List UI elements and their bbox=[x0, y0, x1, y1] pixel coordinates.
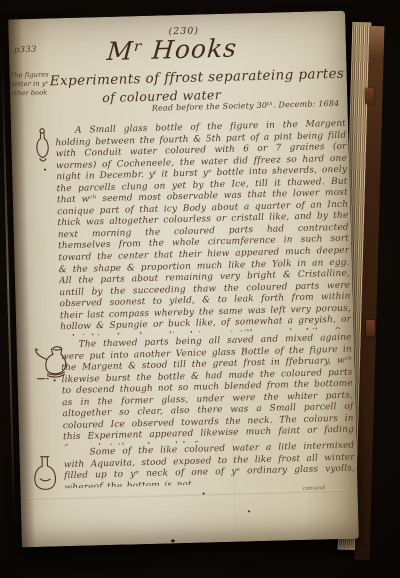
ink-speck bbox=[44, 169, 46, 171]
flask-figure-icon bbox=[30, 454, 61, 497]
clasp-mark bbox=[366, 320, 375, 336]
margin-page-reference: p333 bbox=[14, 45, 37, 56]
paper-crease bbox=[27, 489, 347, 500]
body-paragraph: Some of the like coloured water a litle … bbox=[63, 441, 355, 489]
catchword: convexd bbox=[303, 485, 326, 492]
ink-speck bbox=[171, 539, 175, 542]
cruet-figure-icon bbox=[29, 344, 72, 381]
manuscript-page: p333 The figures better in yᵉ other book… bbox=[8, 11, 359, 548]
bottle-figure-icon bbox=[33, 126, 52, 164]
ink-speck bbox=[203, 493, 205, 495]
body-paragraph: A Small glass bottle of the figure in th… bbox=[55, 119, 351, 337]
body-paragraph: The thawed parts being all saved and mix… bbox=[61, 333, 355, 447]
title-line1: Experiments of ffrost separateing partes bbox=[50, 66, 345, 90]
author-name: Mʳ Hooks bbox=[106, 33, 238, 65]
manuscript-photo: p333 The figures better in yᵉ other book… bbox=[0, 0, 400, 578]
margin-note-line2: other book bbox=[10, 88, 72, 99]
clasp-mark bbox=[365, 88, 374, 104]
ink-speck bbox=[248, 510, 250, 512]
